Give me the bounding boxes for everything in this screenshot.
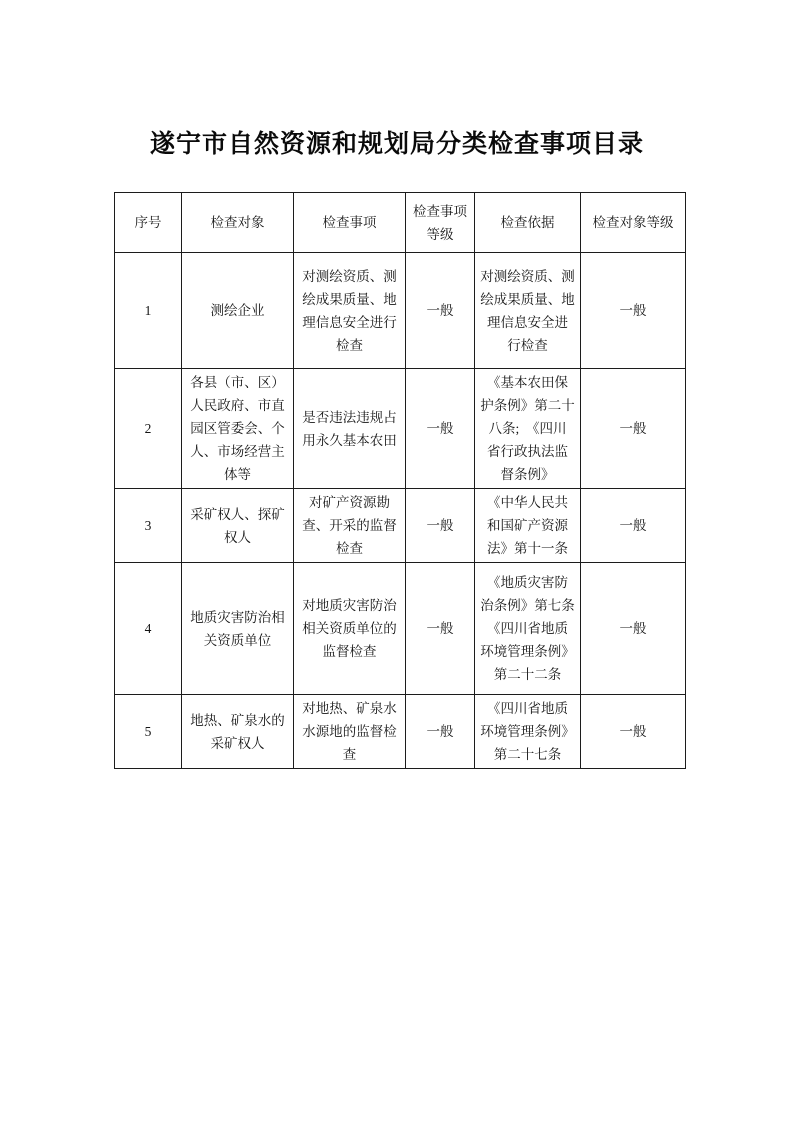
cell-item: 对地热、矿泉水 水源地的监督检 查 bbox=[294, 695, 406, 769]
table-row: 5 地热、矿泉水的 采矿权人 对地热、矿泉水 水源地的监督检 查 一般 《四川省… bbox=[115, 695, 686, 769]
table-row: 1 测绘企业 对测绘资质、测 绘成果质量、地 理信息安全进行 检查 一般 对测绘… bbox=[115, 253, 686, 369]
table-row: 4 地质灾害防治相 关资质单位 对地质灾害防治 相关资质单位的 监督检查 一般 … bbox=[115, 563, 686, 695]
header-cell-item-level: 检查事项 等级 bbox=[406, 193, 475, 253]
cell-no: 2 bbox=[115, 369, 182, 489]
cell-target-level: 一般 bbox=[581, 695, 686, 769]
page-title: 遂宁市自然资源和规划局分类检查事项目录 bbox=[0, 127, 794, 163]
table-row: 3 采矿权人、探矿 权人 对矿产资源勘 查、开采的监督 检查 一般 《中华人民共… bbox=[115, 489, 686, 563]
cell-target: 采矿权人、探矿 权人 bbox=[182, 489, 294, 563]
header-cell-basis: 检查依据 bbox=[475, 193, 581, 253]
table-row: 2 各县（市、区） 人民政府、市直 园区管委会、个 人、市场经营主 体等 是否违… bbox=[115, 369, 686, 489]
cell-basis: 《四川省地质 环境管理条例》 第二十七条 bbox=[475, 695, 581, 769]
cell-target: 地热、矿泉水的 采矿权人 bbox=[182, 695, 294, 769]
document-page: 遂宁市自然资源和规划局分类检查事项目录 序号 检查对象 检查事项 检查事项 等级… bbox=[0, 0, 794, 1122]
cell-basis: 对测绘资质、测 绘成果质量、地 理信息安全进 行检查 bbox=[475, 253, 581, 369]
cell-item-level: 一般 bbox=[406, 489, 475, 563]
cell-item-level: 一般 bbox=[406, 563, 475, 695]
header-cell-target: 检查对象 bbox=[182, 193, 294, 253]
cell-no: 1 bbox=[115, 253, 182, 369]
cell-basis: 《基本农田保 护条例》第二十 八条; 《四川 省行政执法监 督条例》 bbox=[475, 369, 581, 489]
header-cell-target-level: 检查对象等级 bbox=[581, 193, 686, 253]
header-cell-no: 序号 bbox=[115, 193, 182, 253]
cell-item: 对地质灾害防治 相关资质单位的 监督检查 bbox=[294, 563, 406, 695]
cell-no: 4 bbox=[115, 563, 182, 695]
header-cell-item: 检查事项 bbox=[294, 193, 406, 253]
cell-target-level: 一般 bbox=[581, 489, 686, 563]
cell-target: 测绘企业 bbox=[182, 253, 294, 369]
cell-target: 地质灾害防治相 关资质单位 bbox=[182, 563, 294, 695]
cell-item-level: 一般 bbox=[406, 369, 475, 489]
cell-basis: 《地质灾害防 治条例》第七条 《四川省地质 环境管理条例》 第二十二条 bbox=[475, 563, 581, 695]
cell-target-level: 一般 bbox=[581, 563, 686, 695]
inspection-items-table: 序号 检查对象 检查事项 检查事项 等级 检查依据 检查对象等级 1 测绘企业 … bbox=[114, 192, 686, 769]
cell-target-level: 一般 bbox=[581, 369, 686, 489]
cell-item-level: 一般 bbox=[406, 695, 475, 769]
cell-no: 3 bbox=[115, 489, 182, 563]
cell-basis: 《中华人民共 和国矿产资源 法》第十一条 bbox=[475, 489, 581, 563]
cell-target: 各县（市、区） 人民政府、市直 园区管委会、个 人、市场经营主 体等 bbox=[182, 369, 294, 489]
cell-target-level: 一般 bbox=[581, 253, 686, 369]
cell-item-level: 一般 bbox=[406, 253, 475, 369]
cell-item: 对矿产资源勘 查、开采的监督 检查 bbox=[294, 489, 406, 563]
cell-item: 对测绘资质、测 绘成果质量、地 理信息安全进行 检查 bbox=[294, 253, 406, 369]
table-header-row: 序号 检查对象 检查事项 检查事项 等级 检查依据 检查对象等级 bbox=[115, 193, 686, 253]
cell-item: 是否违法违规占 用永久基本农田 bbox=[294, 369, 406, 489]
cell-no: 5 bbox=[115, 695, 182, 769]
